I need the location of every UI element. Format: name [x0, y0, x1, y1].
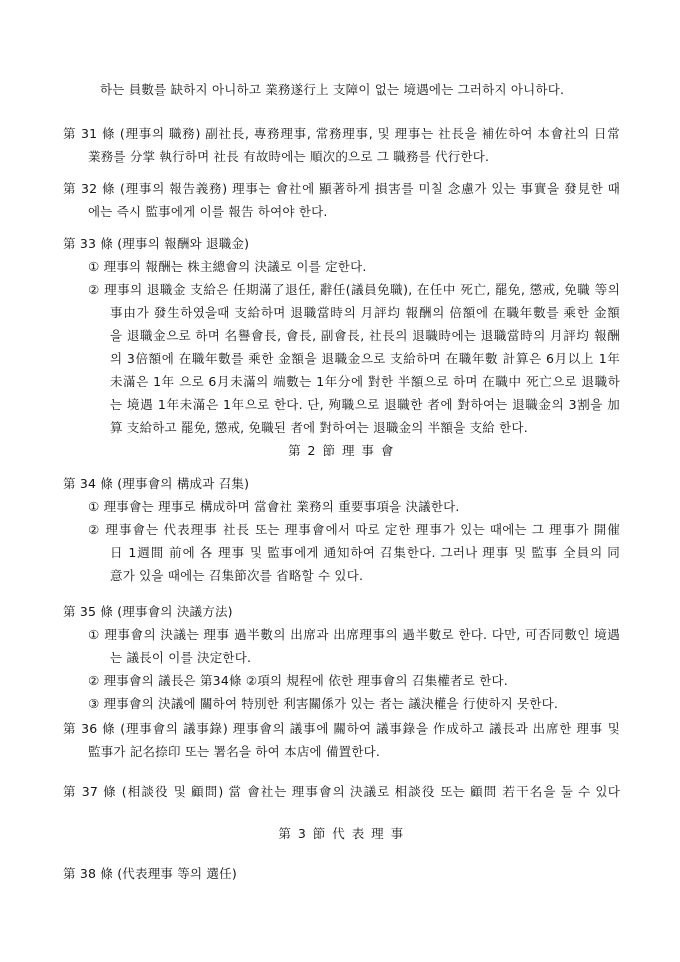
text-line: 第 38 條 (代表理事 等의 選任): [63, 862, 620, 885]
text-line: ② 理事會의 議長은 第34條 ②項의 規程에 依한 理事會의 召集權者로 한다…: [63, 669, 620, 692]
document-content: 하는 員數를 缺하지 아니하고 業務遂行上 支障이 없는 境遇에는 그러하지 아…: [63, 78, 620, 885]
text-line: 第 31 條 (理事의 職務) 副社長, 專務理事, 常務理事, 및 理事는 社…: [63, 122, 620, 145]
paragraph: 第 36 條 (理事會의 議事錄) 理事會의 議事에 關하여 議事錄을 作成하고…: [63, 717, 620, 763]
text-line: ① 理事의 報酬는 株主總會의 決議로 이를 定한다.: [63, 255, 620, 278]
text-line: 業務를 分掌 執行하며 社長 有故時에는 順次的으로 그 職務를 代行한다.: [63, 145, 620, 168]
text-line: 監事가 記名捺印 또는 署名을 하여 本店에 備置한다.: [63, 740, 620, 763]
paragraph: 하는 員數를 缺하지 아니하고 業務遂行上 支障이 없는 境遇에는 그러하지 아…: [63, 78, 620, 101]
text-line: 에는 즉시 監事에게 이를 報告 하여야 한다.: [63, 200, 620, 223]
text-line: 事由가 發生하였을때 支給하며 退職當時의 月評均 報酬의 倍額에 在職年數를 …: [63, 301, 620, 324]
text-line: 意가 있을 때에는 召集節次를 省略할 수 있다.: [63, 564, 620, 587]
text-line: 는 境遇 1年未滿은 1年으로 한다. 단, 殉職으로 退職한 者에 對하여는 …: [63, 393, 620, 416]
paragraph: 第 35 條 (理事會의 決議方法)① 理事會의 決議는 理事 過半數의 出席과…: [63, 600, 620, 715]
text-line: ① 理事會는 理事로 構成하며 當會社 業務의 重要事項을 決議한다.: [63, 495, 620, 518]
text-line: ① 理事會의 決議는 理事 過半數의 出席과 出席理事의 過半數로 한다. 다만…: [63, 623, 620, 646]
paragraph: 第 38 條 (代表理事 等의 選任): [63, 862, 620, 885]
text-line: 의 3倍額에 在職年數를 乘한 金額을 退職金으로 支給하며 在職年數 計算은 …: [63, 347, 620, 370]
text-line: 未滿은 1年 으로 6月未滿의 端數는 1年分에 對한 半額으로 하며 在職中 …: [63, 370, 620, 393]
text-line: ③ 理事會의 決議에 關하여 特別한 利害關係가 있는 者는 議決權을 行使하지…: [63, 692, 620, 715]
paragraph: 第 37 條 (相談役 및 顧問) 當 會社는 理事會의 決議로 相談役 또는 …: [63, 780, 620, 803]
section-heading: 第 2 節 理 事 會: [63, 439, 620, 462]
text-line: 하는 員數를 缺하지 아니하고 業務遂行上 支障이 없는 境遇에는 그러하지 아…: [63, 78, 620, 101]
paragraph: 第 31 條 (理事의 職務) 副社長, 專務理事, 常務理事, 및 理事는 社…: [63, 122, 620, 168]
text-line: 第 37 條 (相談役 및 顧問) 當 會社는 理事會의 決議로 相談役 또는 …: [63, 780, 620, 803]
text-line: 第 36 條 (理事會의 議事錄) 理事會의 議事에 關하여 議事錄을 作成하고…: [63, 717, 620, 740]
text-line: 第 33 條 (理事의 報酬와 退職金): [63, 232, 620, 255]
text-line: 第 35 條 (理事會의 決議方法): [63, 600, 620, 623]
text-line: 日 1週間 前에 各 理事 및 監事에게 通知하여 召集한다. 그러나 理事 및…: [63, 541, 620, 564]
paragraph: 第 33 條 (理事의 報酬와 退職金)① 理事의 報酬는 株主總會의 決議로 …: [63, 232, 620, 439]
text-line: ② 理事의 退職金 支給은 任期滿了退任, 辭任(議員免職), 在任中 死亡, …: [63, 278, 620, 301]
section-heading: 第 3 節 代 表 理 事: [63, 822, 620, 845]
text-line: 는 議長이 이를 決定한다.: [63, 646, 620, 669]
text-line: 第 32 條 (理事의 報告義務) 理事는 會社에 顯著하게 損害를 미칠 念慮…: [63, 177, 620, 200]
document-page: 하는 員數를 缺하지 아니하고 業務遂行上 支障이 없는 境遇에는 그러하지 아…: [0, 0, 680, 962]
text-line: 第 34 條 (理事會의 構成과 召集): [63, 472, 620, 495]
paragraph: 第 32 條 (理事의 報告義務) 理事는 會社에 顯著하게 損害를 미칠 念慮…: [63, 177, 620, 223]
text-line: ② 理事會는 代表理事 社長 또는 理事會에서 따로 定한 理事가 있는 때에는…: [63, 518, 620, 541]
text-line: 을 退職金으로 하며 名譽會長, 會長, 副會長, 社長의 退職時에는 退職當時…: [63, 324, 620, 347]
text-line: 算 支給하고 罷免, 懲戒, 免職된 者에 對하여는 退職金의 半額을 支給 한…: [63, 416, 620, 439]
paragraph: 第 34 條 (理事會의 構成과 召集)① 理事會는 理事로 構成하며 當會社 …: [63, 472, 620, 587]
